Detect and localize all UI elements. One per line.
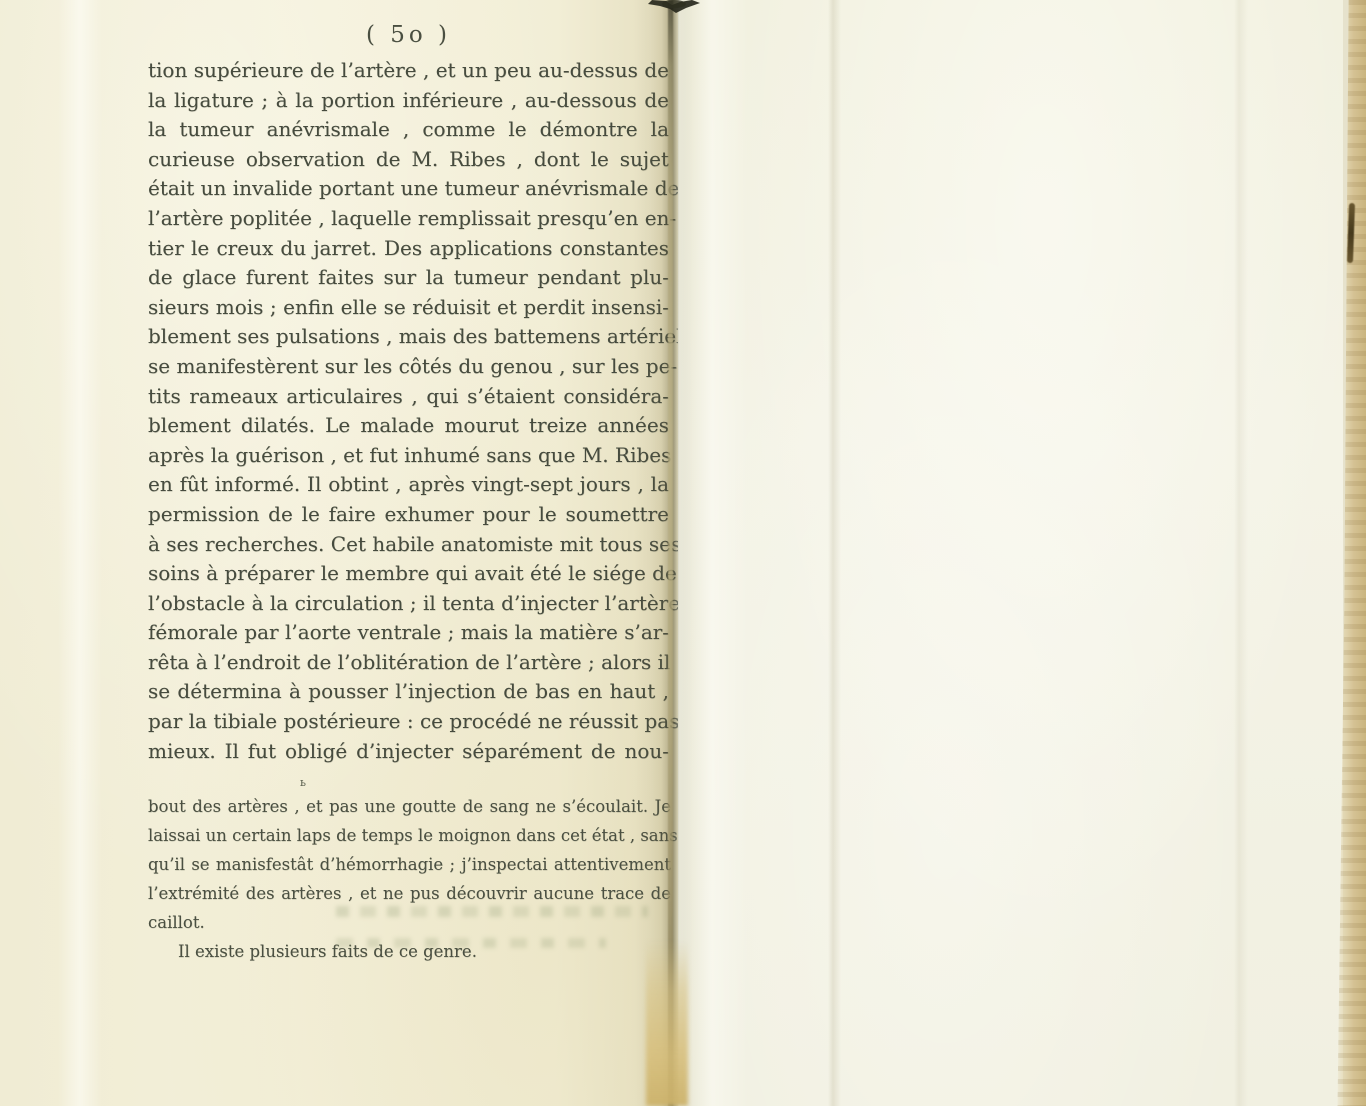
text-line: se détermina à pousser l’injection de ba… [148, 677, 669, 707]
text-line: se manifestèrent sur les côtés du genou … [148, 352, 669, 382]
text-line: l’obstacle à la circulation ; il tenta d… [148, 589, 669, 619]
text-line: blement dilatés. Le malade mourut treize… [148, 411, 669, 441]
footnote-line: Il existe plusieurs faits de ce genre. [148, 937, 671, 966]
text-line: de glace furent faites sur la tumeur pen… [148, 263, 669, 293]
text-line: la tumeur anévrismale , comme le démontr… [148, 115, 669, 145]
page-number: ( 5o ) [148, 22, 669, 48]
ink-speck: ь [300, 778, 307, 787]
footnote-line: caillot. [148, 908, 671, 937]
main-text-block: tion supérieure de l’artère , et un peu … [148, 56, 669, 766]
text-line: tion supérieure de l’artère , et un peu … [148, 56, 669, 86]
text-line: mieux. Il fut obligé d’injecter séparéme… [148, 737, 669, 767]
text-line: soins à préparer le membre qui avait été… [148, 559, 669, 589]
footnote-line: l’extrémité des artères , et ne pus déco… [148, 879, 671, 908]
text-line: à ses recherches. Cet habile anatomiste … [148, 530, 669, 560]
left-page: ( 5o ) tion supérieure de l’artère , et … [0, 0, 678, 1106]
footnote-line: qu’il se manisfestât d’hémorrhagie ; j’i… [148, 850, 671, 879]
text-line: fémorale par l’aorte ventrale ; mais la … [148, 618, 669, 648]
text-line: sieurs mois ; enfin elle se réduisit et … [148, 293, 669, 323]
text-line: en fût informé. Il obtint , après vingt-… [148, 470, 669, 500]
text-line: curieuse observation de M. Ribes , dont … [148, 145, 669, 175]
text-line: tier le creux du jarret. Des application… [148, 234, 669, 264]
text-line: l’artère poplitée , laquelle remplissait… [148, 204, 669, 234]
text-line: blement ses pulsations , mais des battem… [148, 322, 669, 352]
text-line: permission de le faire exhumer pour le s… [148, 500, 669, 530]
text-line: par la tibiale postérieure : ce procédé … [148, 707, 669, 737]
text-line: après la guérison , et fut inhumé sans q… [148, 441, 669, 471]
footnote-line: bout des artères , et pas une goutte de … [148, 792, 671, 821]
text-line: rêta à l’endroit de l’oblitération de l’… [148, 648, 669, 678]
text-line: la ligature ; à la portion inférieure , … [148, 86, 669, 116]
right-page [678, 0, 1343, 1106]
text-line: tits rameaux articulaires , qui s’étaien… [148, 382, 669, 412]
text-line: était un invalide portant une tumeur ané… [148, 174, 669, 204]
footnote-line: laissai un certain laps de temps le moig… [148, 821, 671, 850]
footnote-block: bout des artères , et pas une goutte de … [148, 792, 671, 966]
book-spread: ( 5o ) tion supérieure de l’artère , et … [0, 0, 1366, 1106]
